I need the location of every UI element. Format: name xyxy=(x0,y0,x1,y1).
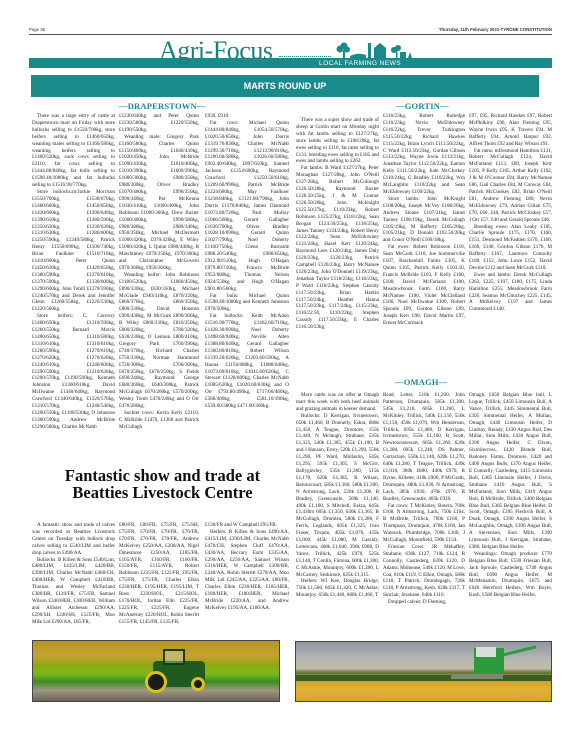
gortin-col-3: £97, £95, Richard Hawkes £97, Robert McP… xyxy=(469,113,552,313)
omagh-heading: —OMAGH— xyxy=(395,377,447,387)
date-line: Thursday, 11th February 2021-TYRONE CONS… xyxy=(439,27,552,32)
gortin-col-1: There was a super show and trade of shee… xyxy=(296,117,379,331)
tractor-photo xyxy=(32,640,280,702)
paragraph: Fat rams: mDesmond Hamilton £131, Robert… xyxy=(469,148,552,224)
headline-line-1: Fantastic show and trade at xyxy=(31,467,294,484)
paragraph: A fantastic show and trade of calves was… xyxy=(32,522,115,557)
masthead-title: Agri-Focus xyxy=(159,36,272,66)
paragraph: Bullocks: D Kerrigan, Irvinestown, 650k … xyxy=(296,413,379,579)
masthead-dots xyxy=(279,56,331,57)
paragraph: Fat bulls: Michael Quinn £1598.40/1080kg… xyxy=(205,293,289,314)
section-banner: MARTS ROUND UP xyxy=(31,75,539,97)
paragraph: Friesian Cows: JR Mehaffey, Strabane, 63… xyxy=(383,544,465,599)
tractor-front-wheel xyxy=(191,677,205,691)
paragraph: Omagh, £650 Belgian Blue bull, L Logue, … xyxy=(469,392,552,551)
paragraph: There was a large entry of cattle at Dra… xyxy=(32,113,115,189)
paragraph: Read, Letter, 510k £1,200, John Patterso… xyxy=(383,392,465,503)
beatties-col-1: A fantastic show and trade of calves was… xyxy=(32,522,115,626)
page-number: Page 36 xyxy=(29,27,45,32)
section-title: MARTS ROUND UP xyxy=(31,75,539,97)
paragraph: Weanlings: Omagh producer £770 Belgian B… xyxy=(469,551,552,599)
paragraph: £97, £95, Richard Hawkes £97, Robert McP… xyxy=(469,113,552,148)
paragraph: £1230/640kg and Peter Quinn £1230/580kg,… xyxy=(119,113,199,134)
paragraph: Suckler cows: Kevin Kelly £2110, C McBri… xyxy=(119,410,199,431)
draperstown-col-1: There was a large entry of cattle at Dra… xyxy=(32,113,115,431)
paragraph: Dropped calves: D Fleming, xyxy=(383,599,465,606)
gortin-col-2: £116/23kg, Robert Rutledge £116/23kg, Ne… xyxy=(383,113,465,327)
paragraph: Weanling male: Gregory Park £1160/580kg,… xyxy=(119,134,199,272)
paragraph: Breeding ewes: Alan Leahy £185, Charlie … xyxy=(469,224,552,272)
paragraph: Fat ewes: Robert Robinson £110, Sean McG… xyxy=(383,244,465,327)
header-rule xyxy=(29,34,552,35)
paragraph: Store bullocks:m/Jackie Morrison £1550/7… xyxy=(32,189,115,313)
masthead-band xyxy=(29,58,552,68)
headline-line-2: Beatties Livestock Centre xyxy=(31,484,294,501)
combine-header xyxy=(451,674,503,679)
draperstown-col-2: £1230/640kg and Peter Quinn £1230/580kg,… xyxy=(119,113,199,431)
beatties-col-3: £130/FR and W Campbell £95/FR. Heifers: … xyxy=(205,522,289,612)
paragraph: There was a super show and trade of shee… xyxy=(296,117,379,165)
paragraph: £80/FR, £80/FR, £75/FR, £75/SH, £75/FR, … xyxy=(119,522,199,626)
masthead: Agri-Focus LOCAL FARMING NEWS xyxy=(29,36,552,76)
beatties-headline: Fantastic show and trade at Beatties Liv… xyxy=(31,467,294,501)
tractor-rear-wheel xyxy=(145,671,167,693)
paragraph: £116/23kg, Robert Rutledge £116/23kg, Ne… xyxy=(383,113,465,196)
draperstown-heading: —DRAPERSTOWN— xyxy=(119,101,206,111)
omagh-col-3: Omagh, £650 Belgian Blue bull, L Logue, … xyxy=(469,392,552,599)
tractor-cab xyxy=(163,649,185,665)
paragraph: Weanling heifer: John Robinson £1180/520… xyxy=(119,272,199,410)
paragraph: More cattle was on offer at Omagh mart t… xyxy=(296,392,379,413)
paragraph: Fat bullocks: Keith McAdoo £1516.90/770k… xyxy=(205,313,289,410)
paragraph: Fat cows: Michael Quinn £1444.80/840kg, … xyxy=(205,120,289,293)
farm-silhouette-icon xyxy=(334,40,416,58)
paragraph: Ewes and lambs: Derek McCullagh £262, £2… xyxy=(469,272,552,313)
paragraph: Heifers: R Killen & Sons £490/AA, £415/L… xyxy=(205,529,289,612)
paragraph: Fat lambs: B Ward £127/27kg, Peter Monag… xyxy=(296,165,379,331)
paragraph: Store heifers: C. Convery £1460/650kg, £… xyxy=(32,313,115,430)
paragraph: Heifers: WJ Kee, Douglas Bridge, 750k £1… xyxy=(296,578,379,599)
paragraph: Fat cows: T McKinley, Botera, 700k £168,… xyxy=(383,503,465,544)
paragraph: Bullocks: B Killen & Sons £540/Lim, £480… xyxy=(32,557,115,626)
combine-cab xyxy=(476,647,496,657)
paragraph: £930, £910. xyxy=(205,113,289,120)
combine-unloading-arm xyxy=(501,645,537,657)
gortin-heading: —GORTIN— xyxy=(396,101,449,111)
omagh-col-1: More cattle was on offer at Omagh mart t… xyxy=(296,392,379,599)
omagh-col-2: Read, Letter, 510k £1,200, John Patterso… xyxy=(383,392,465,606)
beatties-col-2: £80/FR, £80/FR, £75/FR, £75/SH, £75/FR, … xyxy=(119,522,199,626)
paragraph: Store lambs: John McKnight £108/20kg, Jo… xyxy=(383,196,465,244)
draperstown-col-3: £930, £910. Fat cows: Michael Quinn £144… xyxy=(205,113,289,410)
masthead-subtitle: LOCAL FARMING NEWS xyxy=(319,60,401,67)
paragraph: £130/FR and W Campbell £95/FR. xyxy=(205,522,289,529)
combine-harvester-photo xyxy=(295,641,552,702)
hedge-line xyxy=(296,675,551,681)
